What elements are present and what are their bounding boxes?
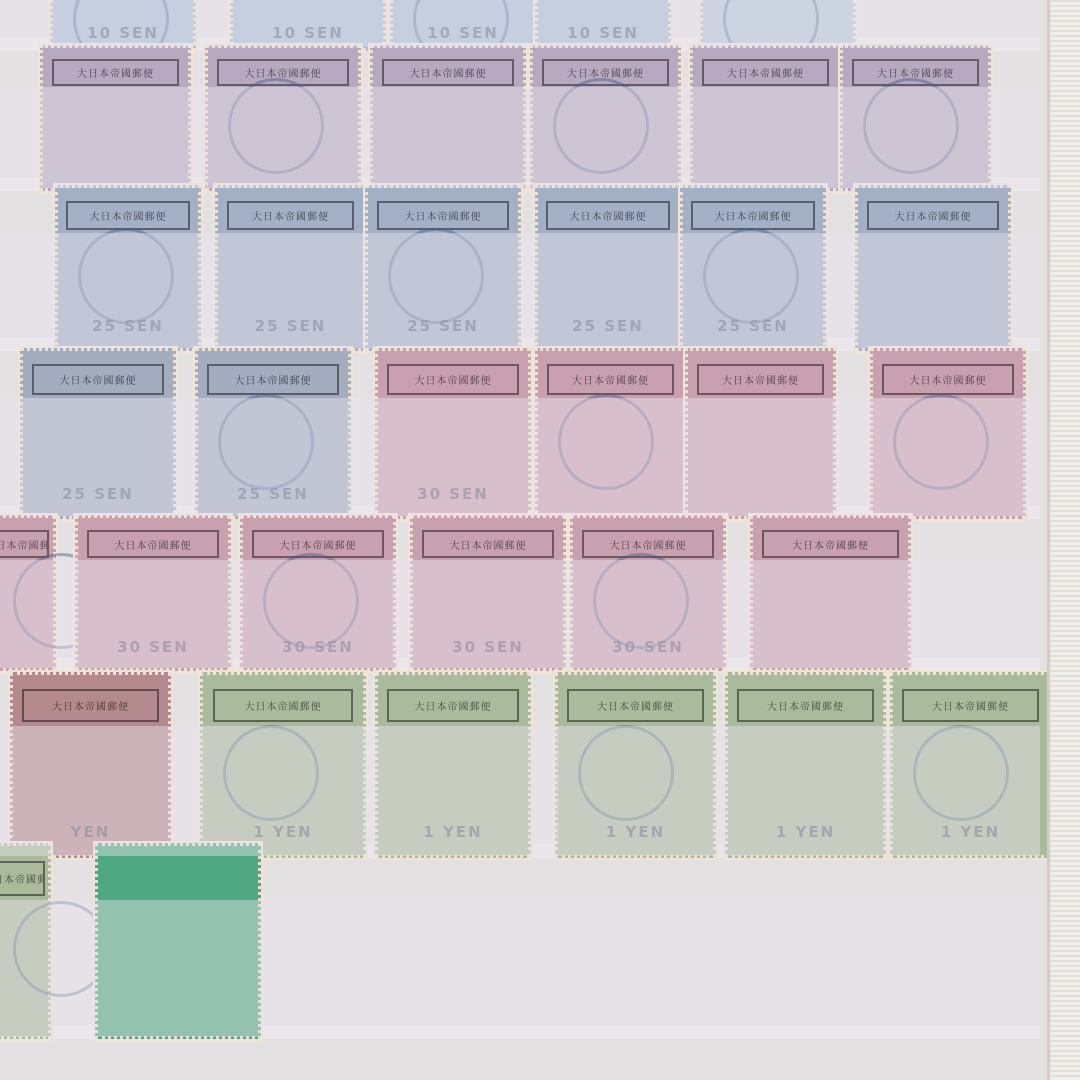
stamp[interactable]: 大日本帝國郵便30 SEN [570, 515, 726, 671]
stamp[interactable]: 大日本帝國郵便25 SEN [215, 185, 366, 351]
stamp[interactable]: 10 SEN [50, 0, 196, 51]
stamp[interactable]: 大日本帝國郵便 [750, 515, 911, 671]
stamp[interactable] [95, 843, 261, 1039]
stamp[interactable]: 大日本帝國郵便 [370, 45, 526, 191]
stamp-header-text: 大日本帝國郵便 [32, 364, 164, 394]
stamp[interactable]: 10 SEN [535, 0, 671, 51]
stamp-denomination: 25 SEN [23, 485, 173, 503]
stamp-denomination: 25 SEN [538, 317, 678, 335]
stamp-denomination: 1 YEN [378, 823, 528, 841]
stamp[interactable]: 大日本帝國郵便25 SEN [195, 348, 351, 519]
stamp-header-text: 大日本帝國郵便 [207, 364, 339, 394]
stamp-header-text: 大日本帝國郵便 [697, 364, 825, 394]
stock-page: 10 SEN10 SEN10 SEN10 SEN大日本帝國郵便大日本帝國郵便大日… [0, 0, 1050, 1080]
stamp-denomination: 10 SEN [538, 24, 668, 42]
postmark [263, 553, 359, 649]
stamp-header-text: 大日本帝國郵便 [867, 201, 999, 231]
stamp-header-text: 大日本帝國郵便 [882, 364, 1014, 394]
postmark [388, 228, 484, 324]
stamp[interactable]: 大日本帝國郵便30 SEN [410, 515, 566, 671]
stamp-denomination: 30 SEN [378, 485, 528, 503]
stamp[interactable]: 大日本帝國郵便25 SEN [535, 185, 681, 351]
stamp[interactable]: 大日本帝國郵便 [535, 348, 686, 519]
stamp[interactable]: 10 SEN [390, 0, 536, 51]
stamp-denomination: 30 SEN [78, 638, 228, 656]
postmark [228, 78, 324, 174]
stamp-header-text: 大日本帝國郵便 [902, 689, 1038, 722]
postmark [223, 725, 319, 821]
stamp-header-text: 大日本帝國郵便 [66, 201, 189, 231]
stamp-header-text: 大日本帝國郵便 [567, 689, 703, 722]
stamp[interactable]: 大日本帝國郵便YEN [10, 672, 171, 858]
stamp-denomination: YEN [13, 823, 168, 841]
stamp[interactable]: 大日本帝國郵便 [840, 45, 991, 191]
stamp[interactable]: 大日本帝國郵便 [855, 185, 1011, 351]
stamp[interactable]: 大日本帝國郵便25 SEN [680, 185, 826, 351]
album-binding [1047, 0, 1080, 1080]
stamp[interactable]: 大日本帝國郵便1 YEN [555, 672, 716, 858]
stamp-header-text: 大日本帝國郵便 [387, 689, 519, 722]
stamp-header-text: 大日本帝國郵便 [382, 59, 514, 85]
stamp-header-text: 大日本帝國郵便 [547, 364, 675, 394]
postmark [893, 394, 989, 490]
stamp-header-text: 大日本帝國郵便 [377, 201, 509, 231]
stamp[interactable]: 大日本帝國郵便25 SEN [20, 348, 176, 519]
stamp-header-text: 大日本帝國郵便 [422, 530, 554, 558]
stamp[interactable]: 大日本帝國郵便1 YEN [890, 672, 1051, 858]
stamp-denomination: 10 SEN [233, 24, 383, 42]
stamp[interactable]: 大日本帝國郵便 [530, 45, 681, 191]
stamp-header-text: 大日本帝國郵便 [0, 530, 49, 558]
stamp-header-text: 大日本帝國郵便 [52, 59, 180, 85]
postmark [913, 725, 1009, 821]
stamp-denomination: 1 YEN [558, 823, 713, 841]
stamp-header-text: 大日本帝國郵便 [227, 201, 355, 231]
stamp-header-text: 大日本帝國郵便 [546, 201, 669, 231]
stamp[interactable]: 大日本帝國郵便30 SEN [375, 348, 531, 519]
stamp-denomination: 30 SEN [413, 638, 563, 656]
postmark [553, 78, 649, 174]
stamp-header-text: 大日本帝國郵便 [22, 689, 158, 722]
stamp[interactable]: 大日本帝國郵便25 SEN [365, 185, 521, 351]
stamp-header-text: 大日本帝國郵便 [213, 689, 354, 722]
stamp-denomination: 1 YEN [728, 823, 883, 841]
stamp[interactable]: 大日本帝國郵便1 YEN [200, 672, 366, 858]
postmark [593, 553, 689, 649]
stamp[interactable]: 大日本帝國郵便 [870, 348, 1026, 519]
stamp-header-text: 大日本帝國郵便 [762, 530, 898, 558]
stamp-denomination: 1 YEN [893, 823, 1048, 841]
stamp[interactable] [700, 0, 856, 51]
stamp[interactable]: 大日本帝國郵便30 SEN [240, 515, 396, 671]
postmark [863, 78, 959, 174]
stamp[interactable]: 大日本帝國郵便 [0, 843, 51, 1039]
stamp[interactable]: 大日本帝國郵便25 SEN [55, 185, 201, 351]
stamp[interactable]: 大日本帝國郵便 [685, 348, 836, 519]
postmark [703, 228, 799, 324]
stamp-header-text: 大日本帝國郵便 [87, 530, 219, 558]
stamp-header-text: 大日本帝國郵便 [691, 201, 814, 231]
stamp-denomination: 1 YEN [203, 823, 363, 841]
stamp-denomination: 25 SEN [218, 317, 363, 335]
postmark [78, 228, 174, 324]
stamp[interactable]: 大日本帝國郵便 [690, 45, 841, 191]
stamp-header-text: 大日本帝國郵便 [0, 861, 45, 895]
stamp[interactable]: 大日本帝國郵便 [205, 45, 361, 191]
postmark [558, 394, 654, 490]
stamp[interactable]: 大日本帝國郵便1 YEN [725, 672, 886, 858]
postmark [578, 725, 674, 821]
stamp[interactable]: 大日本帝國郵便 [40, 45, 191, 191]
stamp[interactable]: 大日本帝國郵便1 YEN [375, 672, 531, 858]
stamp-header-text: 大日本帝國郵便 [737, 689, 873, 722]
stamp[interactable]: 大日本帝國郵便30 SEN [75, 515, 231, 671]
stamp[interactable]: 10 SEN [230, 0, 386, 51]
stamp-header-text: 大日本帝國郵便 [387, 364, 519, 394]
stamp[interactable]: 大日本帝國郵便 [0, 515, 56, 671]
stamp-header-text: 大日本帝國郵便 [702, 59, 830, 85]
postmark [218, 394, 314, 490]
